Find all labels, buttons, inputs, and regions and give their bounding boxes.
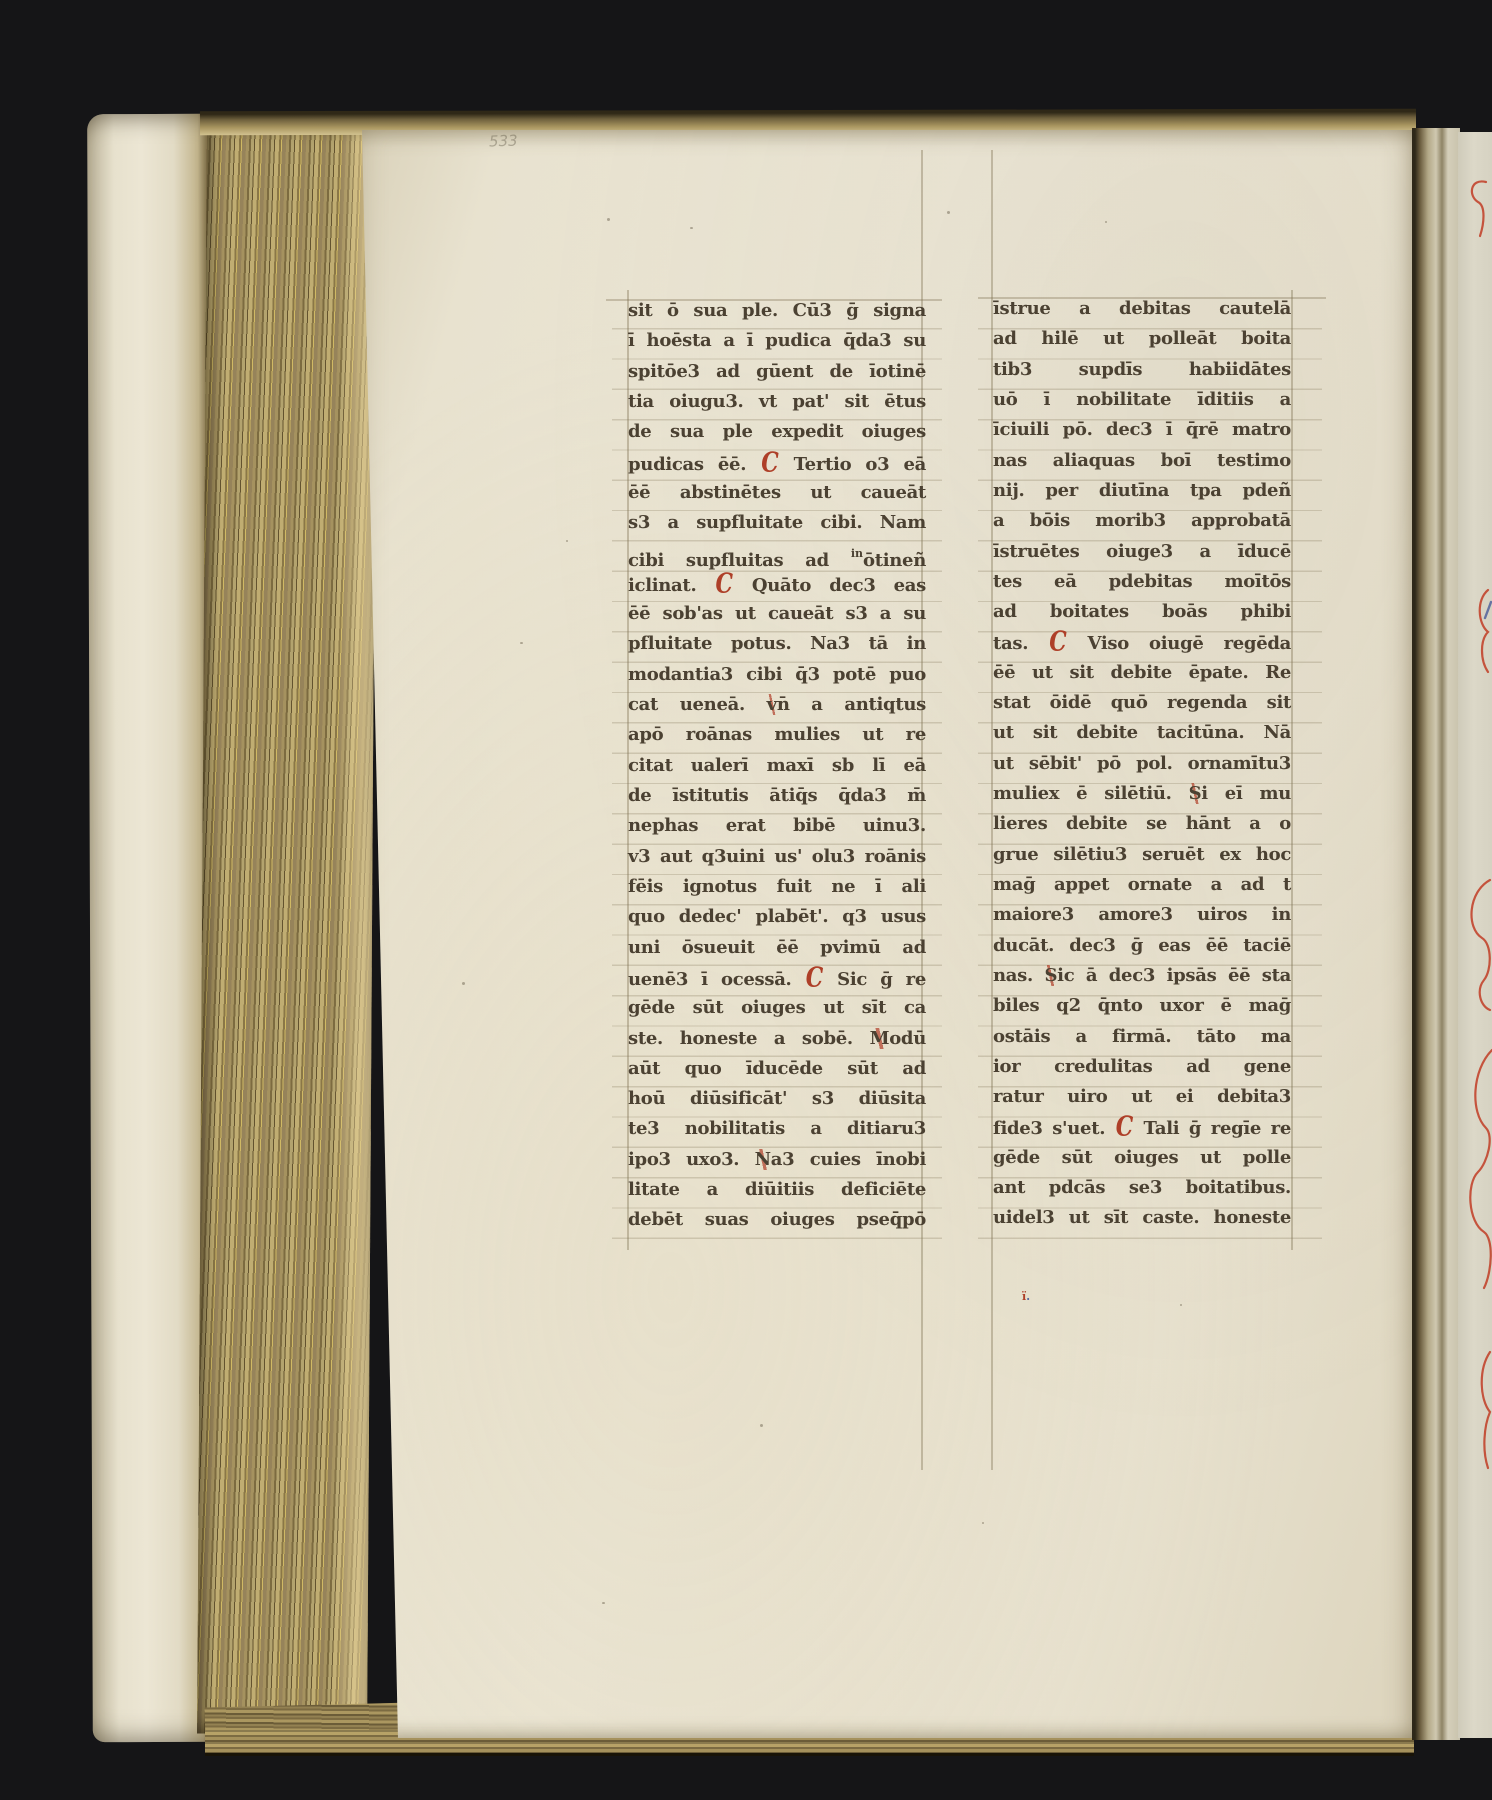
text-line: de sua ple expedit oiuges <box>628 417 926 447</box>
text-segment: iclinat. <box>628 575 715 596</box>
text-line: tib3 supdīs habiidātes <box>993 355 1291 385</box>
text-line: modantia3 cibi q̄3 potē puo <box>628 660 926 690</box>
text-line: ad hilē ut polleāt boita <box>993 324 1291 354</box>
text-line: uidel3 ut sīt caste. honeste <box>993 1203 1291 1233</box>
text-segment: n̄ a antiqtus <box>777 694 926 715</box>
text-segment: modantia3 cibi q̄3 potē puo <box>628 664 926 685</box>
text-line: gēde sūt oiuges ut polle <box>993 1143 1291 1173</box>
text-line: nephas erat bibē uinu3. <box>628 811 926 841</box>
text-segment: maiore3 amore3 uiros in <box>993 904 1291 925</box>
text-segment: stat ōidē quō regenda sit <box>993 692 1291 713</box>
rubricated-letter: v <box>767 694 777 715</box>
text-segment: debēt suas oiuges pseq̄pō <box>628 1209 926 1230</box>
text-segment: ratur uiro ut ei debita3 <box>993 1086 1291 1107</box>
text-line: pfluitate potus. Na3 tā in <box>628 629 926 659</box>
text-segment: de īstitutis ātiq̄s q̄da3 m̄ <box>628 785 926 806</box>
text-segment: ōtineñ <box>863 550 926 571</box>
text-segment: Viso oiugē regēda <box>1067 633 1291 654</box>
text-segment: tes eā pdebitas moītōs <box>993 571 1291 592</box>
rubric-paragraph-mark: C <box>1049 624 1066 661</box>
ruling-vertical-4 <box>1291 290 1293 1250</box>
text-line: debēt suas oiuges pseq̄pō <box>628 1205 926 1235</box>
text-line: nas. Sic ā dec3 ipsās ēē sta <box>993 961 1291 991</box>
text-column-right: īstrue a debitas cautelāad hilē ut polle… <box>993 294 1291 1234</box>
text-segment: Tali ḡ regīe re <box>1134 1118 1291 1139</box>
text-segment: aūt quo īducēde sūt ad <box>628 1058 926 1079</box>
text-line: īstruētes oiuge3 a īducē <box>993 537 1291 567</box>
text-segment: ēē sob'as ut caueāt s3 a su <box>628 603 926 624</box>
rubric-paragraph-mark: C <box>761 444 778 481</box>
text-line: ut sēbit' pō pol. ornamītu3 <box>993 749 1291 779</box>
text-line: sit ō sua ple. Cū3 ḡ signa <box>628 296 926 326</box>
book-cover-edge <box>87 114 213 1742</box>
superscript-correction: in <box>851 547 863 560</box>
rubricated-letter: M <box>870 1028 890 1049</box>
text-segment: biles q2 q̄nto uxor ē maḡ <box>993 995 1291 1016</box>
text-segment: Sic ḡ re <box>824 969 926 990</box>
text-segment: pudicas ēē. <box>628 454 760 475</box>
text-line: pudicas ēē. C Tertio o3 eā <box>628 448 926 478</box>
text-line: fēis ignotus fuit ne ī ali <box>628 872 926 902</box>
manuscript-photo: sit ō sua ple. Cū3 ḡ signaī hoēsta a ī p… <box>0 0 1492 1800</box>
text-line: uenē3 ī ocessā. C Sic ḡ re <box>628 963 926 993</box>
text-segment: pfluitate potus. Na3 tā in <box>628 633 926 654</box>
red-penwork-flourish <box>1458 132 1492 1738</box>
text-column-left: sit ō sua ple. Cū3 ḡ signaī hoēsta a ī p… <box>628 296 926 1236</box>
folio-number: 533 <box>489 132 518 151</box>
fore-edge-leaf-stack <box>197 121 377 1734</box>
text-segment: fide3 s'uet. <box>993 1118 1115 1139</box>
text-line: ēē sob'as ut caueāt s3 a su <box>628 599 926 629</box>
text-line: cibi supfluitas ad inōtineñ <box>628 539 926 569</box>
text-line: ut sit debite tacitūna. Nā <box>993 718 1291 748</box>
text-segment: gēde sūt oiuges ut polle <box>993 1147 1291 1168</box>
text-segment: Tertio o3 eā <box>780 454 926 475</box>
text-segment: tia oiugu3. vt pat' sit ētus <box>628 391 926 412</box>
text-segment: maḡ appet ornate a ad t <box>993 874 1291 895</box>
text-line: ī hoēsta a ī pudica q̄da3 su <box>628 326 926 356</box>
text-line: ant pdcās se3 boitatibus. <box>993 1173 1291 1203</box>
text-segment: uni ōsueuit ēē pvimū ad <box>628 937 926 958</box>
text-segment: nas. <box>993 965 1044 986</box>
text-segment: a3 cuies īnobi <box>771 1149 926 1170</box>
text-segment: uō ī nobilitate īditiis a <box>993 389 1291 410</box>
text-segment: citat ualerī maxī sb lī eā <box>628 755 926 776</box>
text-line: ipo3 uxo3. Na3 cuies īnobi <box>628 1145 926 1175</box>
text-line: stat ōidē quō regenda sit <box>993 688 1291 718</box>
text-line: s3 a supfluitate cibi. Nam <box>628 508 926 538</box>
text-line: tes eā pdebitas moītōs <box>993 567 1291 597</box>
text-line: nij. per diutīna tpa pdeñ <box>993 476 1291 506</box>
marginal-mark-blue-dot: . <box>1026 1290 1030 1303</box>
rubric-paragraph-mark: C <box>806 960 823 997</box>
text-line: ste. honeste a sobē. Modū <box>628 1024 926 1054</box>
text-line: īstrue a debitas cautelā <box>993 294 1291 324</box>
text-segment: quo dedec' plabēt'. q3 usus <box>628 906 926 927</box>
text-line: te3 nobilitatis a ditiaru3 <box>628 1114 926 1144</box>
text-segment: fēis ignotus fuit ne ī ali <box>628 876 926 897</box>
text-line: tia oiugu3. vt pat' sit ētus <box>628 387 926 417</box>
text-line: ostāis a firmā. tāto ma <box>993 1022 1291 1052</box>
text-segment: Quāto dec3 eas <box>734 575 926 596</box>
text-segment: ēē abstinētes ut caueāt <box>628 482 926 503</box>
text-segment: apō roānas mulies ut re <box>628 724 926 745</box>
text-line: tas. C Viso oiugē regēda <box>993 627 1291 657</box>
text-segment: nij. per diutīna tpa pdeñ <box>993 480 1291 501</box>
text-segment: ad boitates boās phibi <box>993 601 1291 622</box>
text-line: spitōe3 ad gūent de īotinē <box>628 357 926 387</box>
text-segment: ic ā dec3 ipsās ēē sta <box>1057 965 1291 986</box>
text-segment: cibi supfluitas ad <box>628 550 851 571</box>
text-line: fide3 s'uet. C Tali ḡ regīe re <box>993 1112 1291 1142</box>
text-line: ior credulitas ad gene <box>993 1052 1291 1082</box>
text-segment: ut sit debite tacitūna. Nā <box>993 722 1291 743</box>
facing-page-sliver <box>1458 132 1492 1738</box>
text-line: citat ualerī maxī sb lī eā <box>628 751 926 781</box>
rubric-paragraph-mark: C <box>1116 1109 1133 1146</box>
rubricated-letter: S <box>1044 965 1057 986</box>
text-line: hoū diūsificāt' s3 diūsita <box>628 1084 926 1114</box>
text-segment: tas. <box>993 633 1048 654</box>
text-segment: īstruētes oiuge3 a īducē <box>993 541 1291 562</box>
rubricated-letter: S <box>1189 783 1202 804</box>
text-line: lieres debite se hānt a o <box>993 809 1291 839</box>
text-segment: de sua ple expedit oiuges <box>628 421 926 442</box>
text-segment: ad hilē ut polleāt boita <box>993 328 1291 349</box>
text-line: cat ueneā. vn̄ a antiqtus <box>628 690 926 720</box>
text-segment: ste. honeste a sobē. <box>628 1028 870 1049</box>
text-segment: te3 nobilitatis a ditiaru3 <box>628 1118 926 1139</box>
text-line: ratur uiro ut ei debita3 <box>993 1082 1291 1112</box>
rubricated-letter: N <box>755 1149 771 1170</box>
text-line: litate a diūitiis deficiēte <box>628 1175 926 1205</box>
marginal-mark: ï. <box>1022 1290 1030 1303</box>
text-line: muliex ē silētiū. Si eī mu <box>993 779 1291 809</box>
text-segment: īstrue a debitas cautelā <box>993 298 1291 319</box>
text-line: ad boitates boās phibi <box>993 597 1291 627</box>
text-line: a bōis morib3 approbatā <box>993 506 1291 536</box>
text-line: gēde sūt oiuges ut sīt ca <box>628 993 926 1023</box>
text-line: grue silētiu3 seruēt ex hoc <box>993 840 1291 870</box>
text-segment: s3 a supfluitate cibi. Nam <box>628 512 926 533</box>
text-line: apō roānas mulies ut re <box>628 720 926 750</box>
text-segment: īciuili pō. dec3 ī q̄rē matro <box>993 419 1291 440</box>
text-segment: ducāt. dec3 ḡ eas ēē taciē <box>993 935 1291 956</box>
text-line: aūt quo īducēde sūt ad <box>628 1054 926 1084</box>
text-segment: nephas erat bibē uinu3. <box>628 815 926 836</box>
text-line: maḡ appet ornate a ad t <box>993 870 1291 900</box>
text-line: nas aliaquas boī testimo <box>993 446 1291 476</box>
text-line: uō ī nobilitate īditiis a <box>993 385 1291 415</box>
text-segment: uidel3 ut sīt caste. honeste <box>993 1207 1291 1228</box>
text-segment: ostāis a firmā. tāto ma <box>993 1026 1291 1047</box>
rubric-paragraph-mark: C <box>716 565 733 602</box>
text-line: īciuili pō. dec3 ī q̄rē matro <box>993 415 1291 445</box>
text-line: iclinat. C Quāto dec3 eas <box>628 569 926 599</box>
text-segment: grue silētiu3 seruēt ex hoc <box>993 844 1291 865</box>
text-segment: ī hoēsta a ī pudica q̄da3 su <box>628 330 926 351</box>
text-segment: litate a diūitiis deficiēte <box>628 1179 926 1200</box>
text-segment: ēē ut sit debite ēpate. Re <box>993 662 1291 683</box>
text-segment: ut sēbit' pō pol. ornamītu3 <box>993 753 1291 774</box>
text-line: de īstitutis ātiq̄s q̄da3 m̄ <box>628 781 926 811</box>
text-line: maiore3 amore3 uiros in <box>993 900 1291 930</box>
text-segment: sit ō sua ple. Cū3 ḡ signa <box>628 300 926 321</box>
text-line: biles q2 q̄nto uxor ē maḡ <box>993 991 1291 1021</box>
text-line: quo dedec' plabēt'. q3 usus <box>628 902 926 932</box>
text-segment: ant pdcās se3 boitatibus. <box>993 1177 1291 1198</box>
text-segment: hoū diūsificāt' s3 diūsita <box>628 1088 926 1109</box>
text-segment: ipo3 uxo3. <box>628 1149 755 1170</box>
text-segment: tib3 supdīs habiidātes <box>993 359 1291 380</box>
text-segment: uenē3 ī ocessā. <box>628 969 805 990</box>
gutter-shadow <box>1412 128 1460 1740</box>
text-segment: lieres debite se hānt a o <box>993 813 1291 834</box>
text-segment: odū <box>889 1028 926 1049</box>
text-line: v3 aut q3uini us' olu3 roānis <box>628 842 926 872</box>
text-segment: ior credulitas ad gene <box>993 1056 1291 1077</box>
text-segment: i eī mu <box>1201 783 1291 804</box>
text-segment: cat ueneā. <box>628 694 767 715</box>
text-segment: gēde sūt oiuges ut sīt ca <box>628 997 926 1018</box>
text-line: ducāt. dec3 ḡ eas ēē taciē <box>993 931 1291 961</box>
text-segment: v3 aut q3uini us' olu3 roānis <box>628 846 926 867</box>
text-line: ēē abstinētes ut caueāt <box>628 478 926 508</box>
text-segment: nas aliaquas boī testimo <box>993 450 1291 471</box>
text-line: uni ōsueuit ēē pvimū ad <box>628 933 926 963</box>
text-segment: spitōe3 ad gūent de īotinē <box>628 361 926 382</box>
text-segment: a bōis morib3 approbatā <box>993 510 1291 531</box>
text-line: ēē ut sit debite ēpate. Re <box>993 658 1291 688</box>
text-segment: muliex ē silētiū. <box>993 783 1189 804</box>
